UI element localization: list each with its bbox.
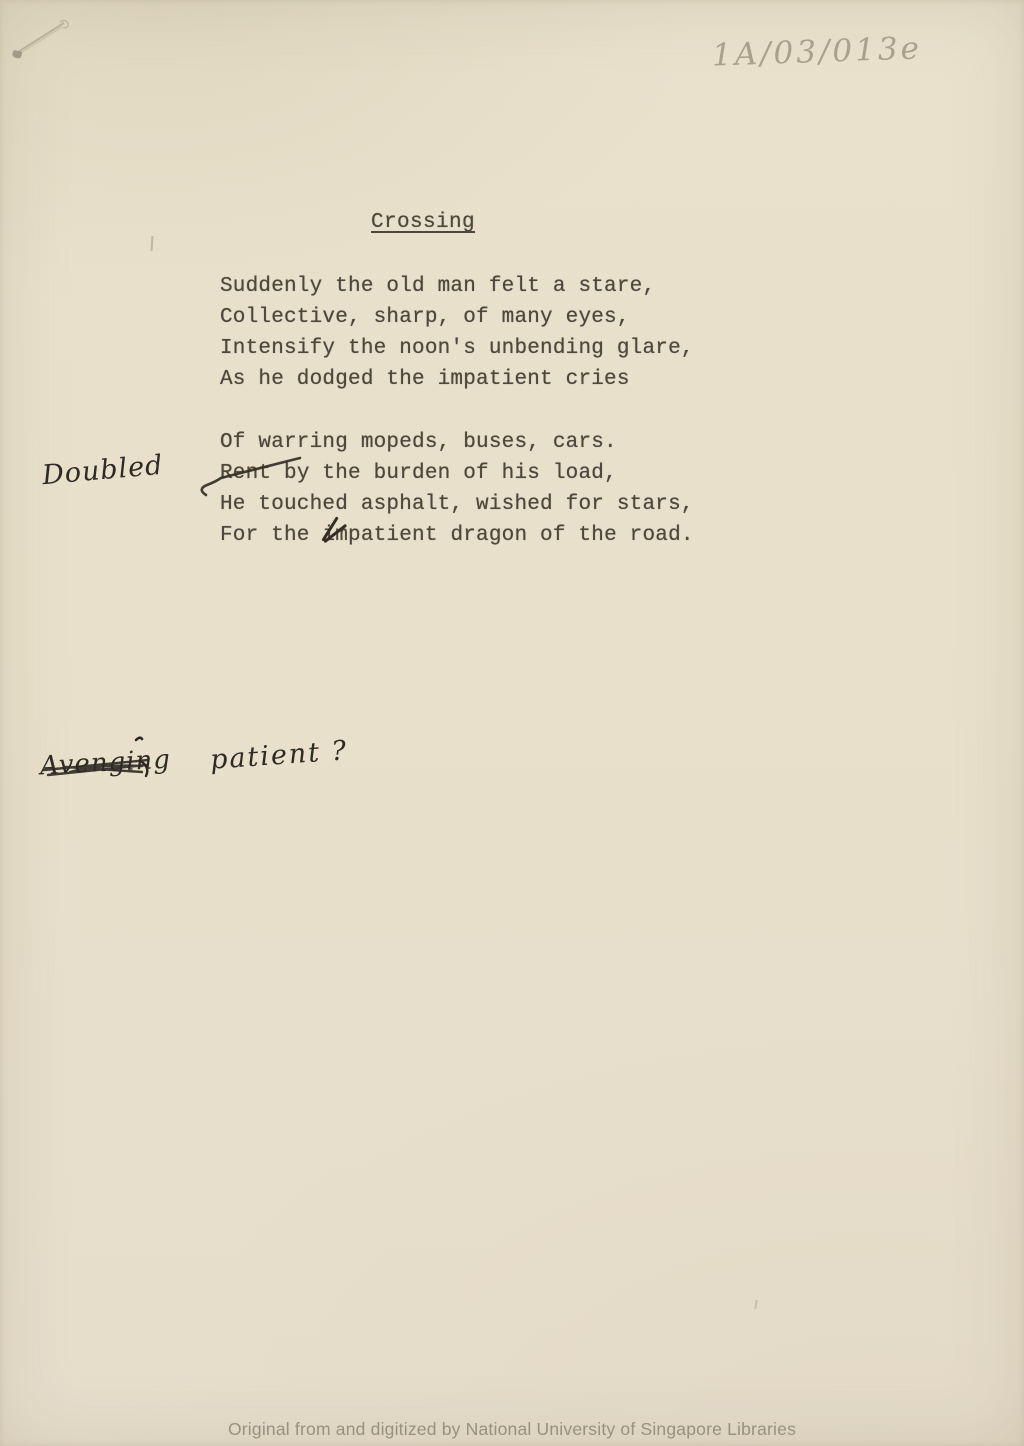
- stray-pencil-mark: [754, 1300, 757, 1309]
- poem-line: Intensify the noon's unbending glare,: [220, 333, 694, 364]
- struck-prefix-im: im: [322, 520, 348, 551]
- poem-line-with-strikeout: For the impatient dragon of the road.: [220, 520, 694, 551]
- poem-line: As he dodged the impatient cries: [220, 364, 694, 395]
- poem-line: Collective, sharp, of many eyes,: [220, 302, 694, 333]
- poem-title: Crossing: [371, 211, 475, 234]
- poem-line: Of warring mopeds, buses, cars.: [220, 427, 694, 458]
- handwritten-margin-word: Doubled: [41, 450, 165, 491]
- scanned-manuscript-page: 1A/03/013e Crossing Suddenly the old man…: [0, 0, 1024, 1446]
- corner-pencil-scribble-icon: [4, 6, 94, 76]
- poem-line-remainder: by the burden of his load,: [271, 462, 617, 485]
- stray-pencil-tick: [151, 236, 153, 251]
- poem-line-remainder: patient dragon of the road.: [348, 524, 694, 547]
- poem-line: Suddenly the old man felt a stare,: [220, 271, 694, 302]
- digitization-credit-footer: Original from and digitized by National …: [0, 1419, 1024, 1440]
- handwritten-scratched-word: Avenging: [39, 745, 171, 782]
- poem-line-start: For the: [220, 524, 322, 547]
- poem-stanza-2: Of warring mopeds, buses, cars. Rent by …: [220, 427, 694, 551]
- poem-line-with-strikeout: Rent by the burden of his load,: [220, 458, 694, 489]
- handwritten-query-word: patient ?: [209, 735, 349, 776]
- struck-word-rent: Rent: [220, 462, 271, 485]
- poem-stanza-1: Suddenly the old man felt a stare, Colle…: [220, 271, 694, 395]
- poem-line: He touched asphalt, wished for stars,: [220, 489, 694, 520]
- archive-reference-number: 1A/03/013e: [711, 30, 922, 73]
